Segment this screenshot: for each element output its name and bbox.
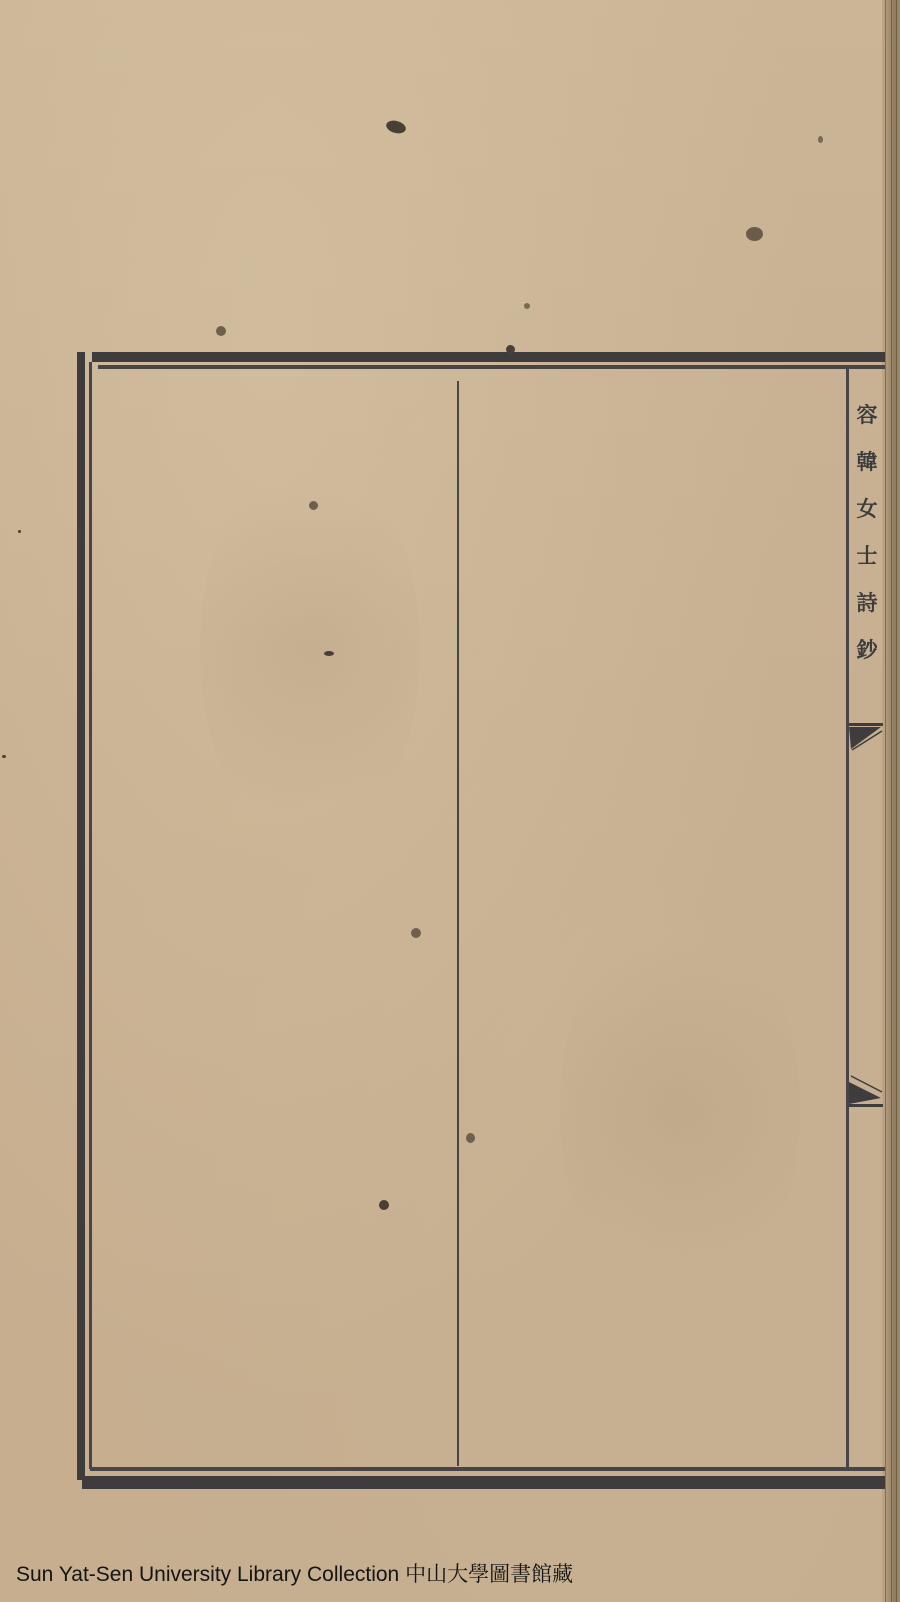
collection-caption: Sun Yat-Sen University Library Collectio… bbox=[16, 1558, 573, 1588]
center-fold-line bbox=[457, 381, 459, 1466]
paper-speck bbox=[324, 651, 334, 656]
running-title: 容 韓 女 士 詩 鈔 bbox=[852, 404, 882, 686]
title-char: 士 bbox=[857, 545, 878, 592]
paper-speck bbox=[411, 928, 421, 938]
paper-speck bbox=[818, 136, 823, 143]
paper-background bbox=[0, 0, 900, 1602]
title-char: 韓 bbox=[857, 451, 878, 498]
title-char: 容 bbox=[857, 404, 878, 451]
frame-top-thick-rule bbox=[92, 352, 885, 362]
title-char: 女 bbox=[857, 498, 878, 545]
paper-speck bbox=[2, 755, 6, 758]
paper-speck bbox=[309, 501, 318, 510]
paper-speck bbox=[379, 1200, 389, 1210]
paper-speck bbox=[216, 326, 226, 336]
book-spine-edge bbox=[882, 0, 900, 1602]
frame-top-thin-rule bbox=[98, 365, 885, 369]
paper-speck bbox=[18, 530, 21, 533]
lower-fishtail-mark-icon bbox=[849, 1074, 885, 1108]
title-char: 詩 bbox=[857, 592, 878, 639]
paper-speck bbox=[466, 1133, 475, 1143]
frame-bottom-thick-rule bbox=[82, 1476, 885, 1489]
paper-speck bbox=[746, 227, 763, 241]
title-char: 鈔 bbox=[857, 639, 878, 686]
paper-stain bbox=[200, 450, 420, 850]
upper-fishtail-mark-icon bbox=[849, 723, 885, 757]
frame-bottom-thin-rule bbox=[90, 1467, 885, 1471]
heart-column-line bbox=[846, 369, 849, 1469]
frame-left-thick-rule bbox=[77, 352, 85, 1480]
paper-speck bbox=[524, 303, 530, 309]
paper-speck bbox=[506, 345, 515, 354]
frame-left-thin-rule bbox=[89, 362, 92, 1469]
paper-stain bbox=[560, 900, 800, 1320]
